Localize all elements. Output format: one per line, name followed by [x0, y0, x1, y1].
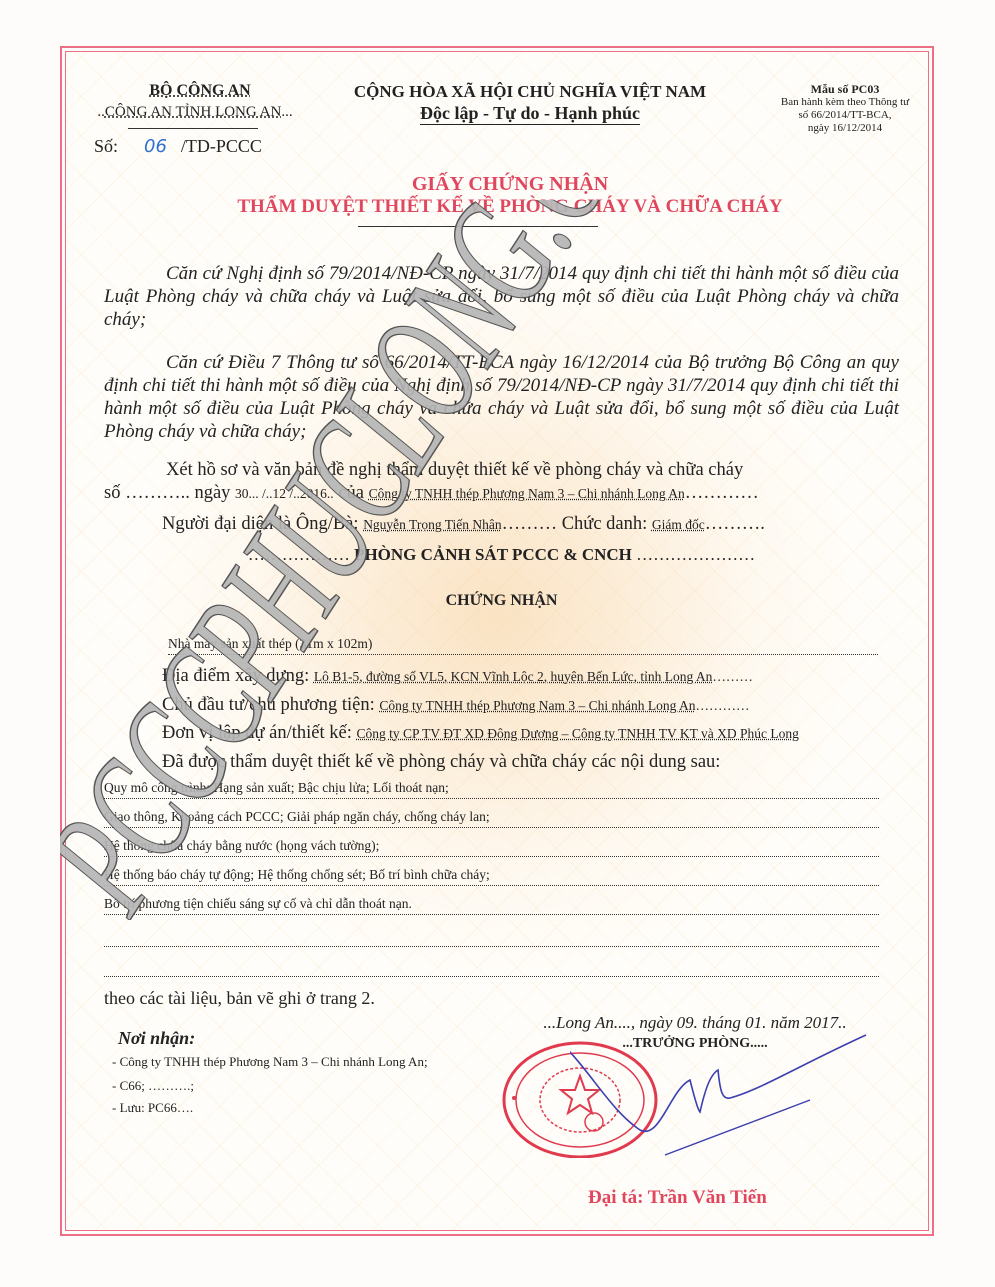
approved-item: Bố trí phương tiện chiếu sáng sự cố và c… [104, 896, 879, 915]
certificate-title: GIẤY CHỨNG NHẬN [180, 173, 840, 196]
approved-item: Giao thông, Khoảng cách PCCC; Giải pháp … [104, 809, 879, 828]
representative-line: Người đại diện là Ông/Bà: Nguyễn Trọng T… [104, 513, 899, 536]
ministry-name: BỘ CÔNG AN [110, 82, 290, 100]
number-label: Số: [94, 136, 118, 156]
number-value: 06 [144, 136, 167, 157]
certificate-subtitle: THẨM DUYỆT THIẾT KẾ VỀ PHÒNG CHÁY VÀ CHỮ… [180, 196, 840, 218]
review-details: số ……….. ngày 30... /..12 /..2016.. của … [104, 482, 899, 505]
certify-heading: CHỨNG NHẬN [104, 592, 899, 610]
approved-item [104, 958, 879, 977]
recipient-item: - Công ty TNHH thép Phương Nam 3 – Chi n… [112, 1054, 428, 1070]
recipients-title: Nơi nhận: [118, 1028, 195, 1049]
project-location: Địa điểm xây dựng: Lô B1-5, đường số VL5… [104, 665, 899, 688]
title-divider [358, 226, 598, 227]
national-motto: Độc lập - Tự do - Hạnh phúc [320, 103, 740, 124]
approved-item [104, 928, 879, 947]
approved-intro: Đã được thẩm duyệt thiết kế về phòng chá… [104, 751, 899, 774]
recipient-item: - Lưu: PC66…. [112, 1100, 193, 1116]
approved-item: Hệ thống chữa cháy bằng nước (họng vách … [104, 838, 879, 857]
preamble-circular: Căn cứ Điều 7 Thông tư số 66/2014/TT-BCA… [104, 351, 899, 443]
recipient-item: - C66; ……….; [112, 1078, 194, 1094]
signer-name: Đại tá: Trần Văn Tiến [588, 1187, 767, 1209]
number-suffix: /TD-PCCC [181, 136, 262, 156]
handwritten-signature-icon [570, 1030, 870, 1160]
form-number: Mẫu số PC03 [760, 82, 930, 97]
footer-note: theo các tài liệu, bản vẽ ghi ở trang 2. [104, 988, 375, 1009]
approved-item: Quy mô công trình: Hạng sản xuất; Bậc ch… [104, 780, 879, 799]
project-name: Nhà máy sản xuất thép (31m x 102m) [168, 636, 878, 655]
preamble-decree: Căn cứ Nghị định số 79/2014/NĐ-CP ngày 3… [104, 262, 899, 331]
project-designer: Đơn vị lập dự án/thiết kế: Công ty CP TV… [104, 722, 899, 745]
document-number: Số:06/TD-PCCC [94, 136, 262, 157]
department-name: ..CÔNG AN TỈNH LONG AN... [80, 104, 310, 121]
approved-item: Hệ thống báo cháy tự động; Hệ thống chốn… [104, 867, 879, 886]
form-note: Ban hành kèm theo Thông tư số 66/2014/TT… [760, 96, 930, 135]
header-divider [128, 128, 258, 129]
review-intro: Xét hồ sơ và văn bản đề nghị thẩm duyệt … [104, 459, 899, 482]
issuing-authority: ……………… PHÒNG CẢNH SÁT PCCC & CNCH ………………… [104, 545, 899, 565]
project-investor: Chủ đầu tư/chủ phương tiện: Công ty TNHH… [104, 694, 899, 717]
country-name: CỘNG HÒA XÃ HỘI CHỦ NGHĨA VIỆT NAM [320, 82, 740, 102]
